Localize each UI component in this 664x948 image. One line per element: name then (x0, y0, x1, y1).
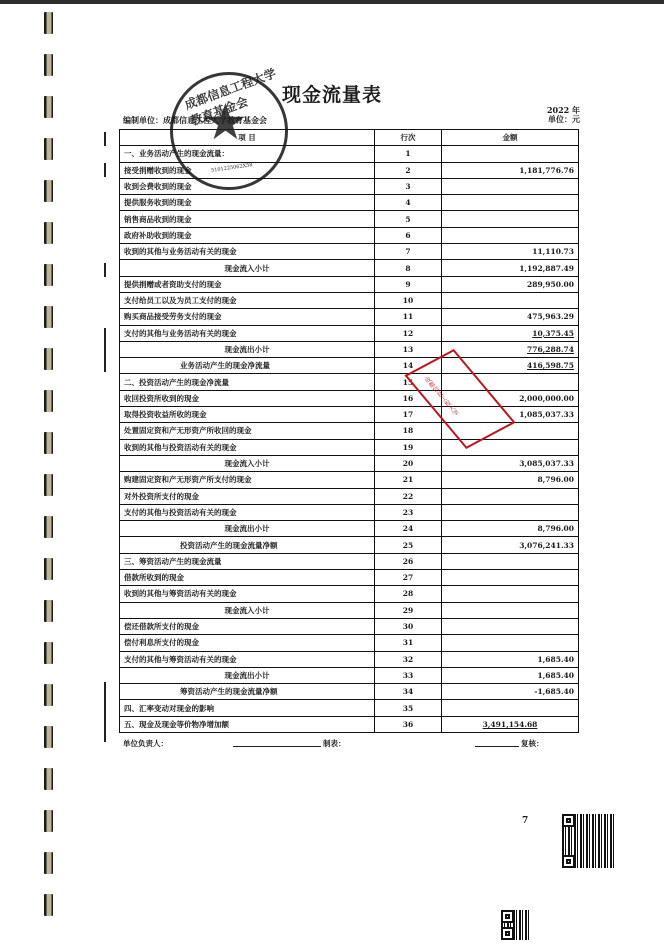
row-line-number: 23 (375, 504, 442, 520)
row-item-label: 收到的其他与投资活动有关的现金 (120, 439, 375, 455)
row-item-label: 取得投资收益所收的现金 (120, 407, 375, 423)
binding-hole (44, 306, 53, 328)
row-amount (442, 553, 579, 569)
row-amount (442, 602, 579, 618)
table-row: 业务活动产生的现金净流量14416,598.75 (120, 358, 579, 374)
row-item-label: 二、投资活动产生的现金净流量 (120, 374, 375, 390)
row-line-number: 18 (375, 423, 442, 439)
row-item-label: 接受捐赠收到的现金 (120, 162, 375, 178)
row-line-number: 3 (375, 178, 442, 194)
row-item-label: 四、汇率变动对现金的影响 (120, 700, 375, 716)
binding-hole (44, 390, 53, 412)
row-amount: 10,375.45 (442, 325, 579, 341)
table-row: 购买商品接受劳务支付的现金11475,963.29 (120, 309, 579, 325)
binding-hole (44, 432, 53, 454)
table-row: 对外投资所支付的现金22 (120, 488, 579, 504)
row-amount: -1,685.40 (442, 684, 579, 700)
binding-hole (44, 138, 53, 160)
binding-hole (44, 264, 53, 286)
row-amount: 3,491,154.68 (442, 716, 579, 732)
row-amount (442, 227, 579, 243)
row-item-label: 现金流入小计 (120, 455, 375, 471)
org-line: 编制单位：成都信息工程大学教育基金会 (123, 115, 267, 126)
table-header-row: 项 目 行次 金额 (120, 130, 579, 146)
table-row: 现金流入小计29 (120, 602, 579, 618)
row-amount (442, 211, 579, 227)
row-line-number: 10 (375, 292, 442, 308)
row-line-number: 16 (375, 390, 442, 406)
row-line-number: 31 (375, 635, 442, 651)
table-row: 收回投资所收到的现金162,000,000.00 (120, 390, 579, 406)
table-row: 购建固定资和产无形资产所支付的现金218,796.00 (120, 472, 579, 488)
row-item-label: 对外投资所支付的现金 (120, 488, 375, 504)
table-row: 投资活动产生的现金流量净额253,076,241.33 (120, 537, 579, 553)
row-amount: 3,085,037.33 (442, 455, 579, 471)
row-item-label: 支付的其他与投资活动有关的现金 (120, 504, 375, 520)
row-line-number: 8 (375, 260, 442, 276)
table-row: 五、现金及现金等价物净增加额363,491,154.68 (120, 716, 579, 732)
row-line-number: 24 (375, 521, 442, 537)
binding-hole (44, 684, 53, 706)
row-line-number: 6 (375, 227, 442, 243)
header-amount: 金额 (442, 130, 579, 146)
row-line-number: 7 (375, 244, 442, 260)
row-amount (442, 618, 579, 634)
table-row: 一、业务活动产生的现金流量：1 (120, 146, 579, 162)
margin-mark (104, 682, 106, 742)
row-line-number: 21 (375, 472, 442, 488)
row-item-label: 现金流出小计 (120, 667, 375, 683)
table-row: 四、汇率变动对现金的影响35 (120, 700, 579, 716)
row-item-label: 一、业务活动产生的现金流量： (120, 146, 375, 162)
row-line-number: 9 (375, 276, 442, 292)
row-line-number: 15 (375, 374, 442, 390)
row-item-label: 支付的其他与筹资活动有关的现金 (120, 651, 375, 667)
row-item-label: 支付给员工以及为员工支付的现金 (120, 292, 375, 308)
row-line-number: 22 (375, 488, 442, 504)
row-item-label: 收到的其他与筹资活动有关的现金 (120, 586, 375, 602)
row-line-number: 25 (375, 537, 442, 553)
row-amount (442, 504, 579, 520)
preparer-label: 制表： (323, 738, 346, 749)
binding-hole (44, 516, 53, 538)
binding-hole (44, 894, 53, 916)
table-row: 收到会费收到的现金3 (120, 178, 579, 194)
small-qr-code (501, 910, 531, 940)
row-item-label: 筹资活动产生的现金流量净额 (120, 684, 375, 700)
row-amount: 1,192,887.49 (442, 260, 579, 276)
row-item-label: 收到会费收到的现金 (120, 178, 375, 194)
table-row: 现金流出小计248,796.00 (120, 521, 579, 537)
row-amount (442, 146, 579, 162)
binding-hole (44, 180, 53, 202)
table-row: 取得投资收益所收的现金171,085,037.33 (120, 407, 579, 423)
margin-mark (104, 163, 106, 177)
table-row: 收到的其他与投资活动有关的现金19 (120, 439, 579, 455)
row-line-number: 13 (375, 341, 442, 357)
table-row: 偿还借款所支付的现金30 (120, 618, 579, 634)
binding-hole (44, 600, 53, 622)
row-amount: 1,685.40 (442, 651, 579, 667)
binding-hole (44, 852, 53, 874)
row-amount (442, 374, 579, 390)
table-row: 支付给员工以及为员工支付的现金10 (120, 292, 579, 308)
binding-holes (40, 4, 60, 948)
margin-mark (104, 328, 106, 372)
row-item-label: 购建固定资和产无形资产所支付的现金 (120, 472, 375, 488)
row-line-number: 11 (375, 309, 442, 325)
binding-hole (44, 558, 53, 580)
row-amount (442, 700, 579, 716)
reviewer-label: 复核： (521, 738, 544, 749)
table-row: 现金流出小计13776,288.74 (120, 341, 579, 357)
row-item-label: 投资活动产生的现金流量净额 (120, 537, 375, 553)
row-line-number: 5 (375, 211, 442, 227)
binding-hole (44, 54, 53, 76)
binding-hole (44, 474, 53, 496)
table-row: 筹资活动产生的现金流量净额34-1,685.40 (120, 684, 579, 700)
row-item-label: 三、筹资活动产生的现金流量 (120, 553, 375, 569)
row-amount (442, 488, 579, 504)
row-line-number: 14 (375, 358, 442, 374)
row-amount: 3,076,241.33 (442, 537, 579, 553)
row-line-number: 28 (375, 586, 442, 602)
table-row: 提供捐赠或者资助支付的现金9289,950.00 (120, 276, 579, 292)
row-amount (442, 570, 579, 586)
binding-hole (44, 726, 53, 748)
org-name: 成都信息工程大学教育基金会 (163, 115, 267, 125)
row-amount (442, 292, 579, 308)
row-item-label: 现金流入小计 (120, 602, 375, 618)
row-item-label: 现金流出小计 (120, 341, 375, 357)
row-line-number: 1 (375, 146, 442, 162)
currency-unit: 单位：元 (520, 115, 580, 124)
row-line-number: 26 (375, 553, 442, 569)
row-item-label: 五、现金及现金等价物净增加额 (120, 716, 375, 732)
row-amount (442, 439, 579, 455)
preparer-signature-line (475, 738, 519, 747)
table-row: 收到的其他与业务活动有关的现金711,110.73 (120, 244, 579, 260)
cash-flow-table: 项 目 行次 金额 一、业务活动产生的现金流量：1接受捐赠收到的现金21,181… (119, 129, 579, 733)
table-row: 现金流入小计203,085,037.33 (120, 455, 579, 471)
table-row: 二、投资活动产生的现金净流量15 (120, 374, 579, 390)
row-amount (442, 195, 579, 211)
row-line-number: 32 (375, 651, 442, 667)
responsible-label: 单位负责人： (123, 738, 168, 749)
row-line-number: 27 (375, 570, 442, 586)
org-label: 编制单位： (123, 115, 163, 125)
binding-hole (44, 348, 53, 370)
row-item-label: 提供服务收到的现金 (120, 195, 375, 211)
row-line-number: 12 (375, 325, 442, 341)
document-title: 现金流量表 (0, 80, 664, 107)
row-line-number: 29 (375, 602, 442, 618)
row-line-number: 34 (375, 684, 442, 700)
table-row: 三、筹资活动产生的现金流量26 (120, 553, 579, 569)
binding-hole (44, 12, 53, 34)
margin-mark (104, 132, 106, 146)
row-item-label: 处置固定资和产无形资产所收回的现金 (120, 423, 375, 439)
row-amount: 776,288.74 (442, 341, 579, 357)
binding-hole (44, 768, 53, 790)
row-amount (442, 586, 579, 602)
table-row: 支付的其他与业务活动有关的现金1210,375.45 (120, 325, 579, 341)
row-line-number: 20 (375, 455, 442, 471)
binding-hole (44, 810, 53, 832)
row-line-number: 30 (375, 618, 442, 634)
row-amount: 1,685.40 (442, 667, 579, 683)
row-item-label: 支付的其他与业务活动有关的现金 (120, 325, 375, 341)
table-row: 现金流出小计331,685.40 (120, 667, 579, 683)
row-item-label: 业务活动产生的现金净流量 (120, 358, 375, 374)
responsible-signature-line (233, 738, 321, 747)
row-item-label: 销售商品收到的现金 (120, 211, 375, 227)
table-row: 支付的其他与筹资活动有关的现金321,685.40 (120, 651, 579, 667)
row-amount: 1,085,037.33 (442, 407, 579, 423)
table-row: 偿付利息所支付的现金31 (120, 635, 579, 651)
table-row: 政府补助收到的现金6 (120, 227, 579, 243)
row-amount: 416,598.75 (442, 358, 579, 374)
row-item-label: 偿付利息所支付的现金 (120, 635, 375, 651)
row-item-label: 偿还借款所支付的现金 (120, 618, 375, 634)
table-row: 支付的其他与投资活动有关的现金23 (120, 504, 579, 520)
row-amount: 8,796.00 (442, 521, 579, 537)
table-row: 现金流入小计81,192,887.49 (120, 260, 579, 276)
viewer-top-bar (0, 0, 664, 4)
row-amount: 11,110.73 (442, 244, 579, 260)
row-line-number: 36 (375, 716, 442, 732)
qr-code (562, 814, 614, 868)
row-item-label: 现金流入小计 (120, 260, 375, 276)
row-line-number: 35 (375, 700, 442, 716)
row-line-number: 4 (375, 195, 442, 211)
binding-hole (44, 222, 53, 244)
row-amount: 2,000,000.00 (442, 390, 579, 406)
binding-hole (44, 642, 53, 664)
row-amount: 1,181,776.76 (442, 162, 579, 178)
row-amount (442, 635, 579, 651)
row-item-label: 政府补助收到的现金 (120, 227, 375, 243)
row-line-number: 17 (375, 407, 442, 423)
header-line-no: 行次 (375, 130, 442, 146)
margin-mark (104, 263, 106, 277)
row-line-number: 19 (375, 439, 442, 455)
table-row: 接受捐赠收到的现金21,181,776.76 (120, 162, 579, 178)
table-row: 借款所收到的现金27 (120, 570, 579, 586)
row-amount (442, 423, 579, 439)
row-item-label: 借款所收到的现金 (120, 570, 375, 586)
period-unit: 2022 年 单位：元 (520, 106, 580, 124)
row-amount: 8,796.00 (442, 472, 579, 488)
row-item-label: 提供捐赠或者资助支付的现金 (120, 276, 375, 292)
row-item-label: 收到的其他与业务活动有关的现金 (120, 244, 375, 260)
row-item-label: 收回投资所收到的现金 (120, 390, 375, 406)
row-amount: 475,963.29 (442, 309, 579, 325)
table-row: 销售商品收到的现金5 (120, 211, 579, 227)
header-item: 项 目 (120, 130, 375, 146)
page-number: 7 (522, 816, 528, 826)
row-line-number: 33 (375, 667, 442, 683)
table-row: 收到的其他与筹资活动有关的现金28 (120, 586, 579, 602)
row-amount (442, 178, 579, 194)
row-item-label: 购买商品接受劳务支付的现金 (120, 309, 375, 325)
row-line-number: 2 (375, 162, 442, 178)
row-item-label: 现金流出小计 (120, 521, 375, 537)
table-row: 处置固定资和产无形资产所收回的现金18 (120, 423, 579, 439)
row-amount: 289,950.00 (442, 276, 579, 292)
table-row: 提供服务收到的现金4 (120, 195, 579, 211)
